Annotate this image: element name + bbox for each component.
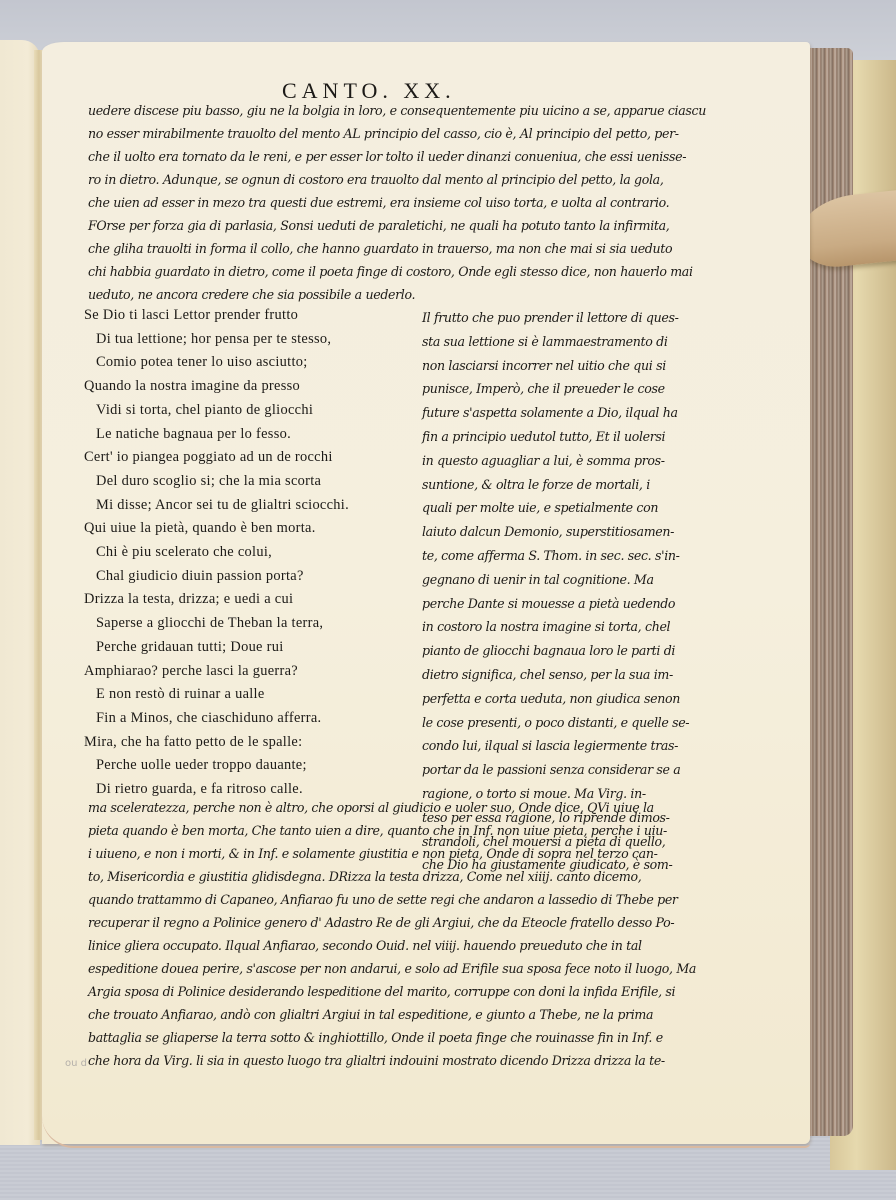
- verse-line: Cert' io piangea poggiato ad un de rocch…: [84, 446, 349, 470]
- prose-line: che il uolto era tornato da le reni, e p…: [88, 145, 706, 168]
- commentary-line: perche Dante si mouesse a pietà uedendo: [422, 592, 689, 616]
- prose-line: pieta quando è ben morta, Che tanto uien…: [88, 819, 696, 842]
- pencil-mark: ou d: [65, 1058, 87, 1069]
- commentary-line: sta sua lettione si è lammaestramento di: [422, 330, 689, 354]
- prose-line: to, Misericordia e giustitia glidisdegna…: [88, 865, 696, 888]
- prose-line: che trouato Anfiarao, andò con glialtri …: [88, 1003, 696, 1026]
- verse-line: Saperse a gliocchi de Theban la terra,: [84, 612, 349, 636]
- commentary-line: dietro significa, chel senso, per la sua…: [422, 663, 689, 687]
- prose-line: no esser mirabilmente trauolto del mento…: [88, 122, 706, 145]
- commentary-line: quali per molte uie, e spetialmente con: [422, 496, 689, 520]
- commentary-line: fin a principio uedutol tutto, Et il uol…: [422, 425, 689, 449]
- prose-line: che hora da Virg. li sia in questo luogo…: [88, 1049, 696, 1072]
- commentary-line: in questo aguagliar a lui, è somma pros-: [422, 449, 689, 473]
- commentary-line: in costoro la nostra imagine si torta, c…: [422, 615, 689, 639]
- prose-line: che gliha trauolti in forma il collo, ch…: [88, 237, 706, 260]
- commentary-line: gegnano di uenir in tal cognitione. Ma: [422, 568, 689, 592]
- verse-line: Drizza la testa, drizza; e uedi a cui: [84, 588, 349, 612]
- prose-line: che uien ad esser in mezo tra questi due…: [88, 191, 706, 214]
- prose-line: espeditione douea perire, s'ascose per n…: [88, 957, 696, 980]
- verse-line: Chal giudicio diuin passion porta?: [84, 565, 349, 589]
- prose-line: ro in dietro. Adunque, se ognun di costo…: [88, 168, 706, 191]
- commentary-line: non lasciarsi incorrer nel uitio che qui…: [422, 354, 689, 378]
- verse-block: Se Dio ti lasci Lettor prender frutto Di…: [84, 304, 349, 802]
- commentary-line: portar da le passioni senza considerar s…: [422, 758, 689, 782]
- prose-line: chi habbia guardato in dietro, come il p…: [88, 260, 706, 283]
- verse-line: Le natiche bagnaua per lo fesso.: [84, 423, 349, 447]
- verse-line: Fin a Minos, che ciaschiduno afferra.: [84, 707, 349, 731]
- verse-line: Qui uiue la pietà, quando è ben morta.: [84, 517, 349, 541]
- verse-line: Del duro scoglio si; che la mia scorta: [84, 470, 349, 494]
- verse-line: Amphiarao? perche lasci la guerra?: [84, 660, 349, 684]
- commentary-line: future s'aspetta solamente a Dio, ilqual…: [422, 401, 689, 425]
- commentary-line: condo lui, ilqual si lascia legiermente …: [422, 734, 689, 758]
- verse-line: Se Dio ti lasci Lettor prender frutto: [84, 304, 349, 328]
- verse-line: Vidi si torta, chel pianto de gliocchi: [84, 399, 349, 423]
- commentary-column: Il frutto che puo prender il lettore di …: [422, 306, 689, 877]
- commentary-line: suntione, & oltra le forze de mortali, i: [422, 473, 689, 497]
- commentary-line: punisce, Imperò, che il preueder le cose: [422, 377, 689, 401]
- prose-line: quando trattammo di Capaneo, Anfiarao fu…: [88, 888, 696, 911]
- commentary-line: perfetta e corta ueduta, non giudica sen…: [422, 687, 689, 711]
- verse-line: E non restò di ruinar a ualle: [84, 683, 349, 707]
- top-prose-block: uedere discese piu basso, giu ne la bolg…: [88, 99, 706, 306]
- prose-line: ueduto, ne ancora credere che sia possib…: [88, 283, 706, 306]
- prose-line: battaglia se gliaperse la terra sotto & …: [88, 1026, 696, 1049]
- commentary-line: Il frutto che puo prender il lettore di …: [422, 306, 689, 330]
- prose-line: i uiueno, e non i morti, & in Inf. e sol…: [88, 842, 696, 865]
- verse-line: Comio potea tener lo uiso asciutto;: [84, 351, 349, 375]
- commentary-line: laiuto dalcun Demonio, superstitiosamen-: [422, 520, 689, 544]
- commentary-line: pianto de gliocchi bagnaua loro le parti…: [422, 639, 689, 663]
- prose-line: uedere discese piu basso, giu ne la bolg…: [88, 99, 706, 122]
- verse-line: Di tua lettione; hor pensa per te stesso…: [84, 328, 349, 352]
- verse-line: Perche gridauan tutti; Doue rui: [84, 636, 349, 660]
- commentary-line: le cose presenti, o poco distanti, e que…: [422, 711, 689, 735]
- verse-line: Perche uolle ueder troppo dauante;: [84, 754, 349, 778]
- prose-line: Argia sposa di Polinice desiderando lesp…: [88, 980, 696, 1003]
- prose-line: FOrse per forza gia di parlasia, Sonsi u…: [88, 214, 706, 237]
- bottom-prose-block: ma sceleratezza, perche non è altro, che…: [88, 796, 696, 1072]
- prose-line: ma sceleratezza, perche non è altro, che…: [88, 796, 696, 819]
- verse-line: Mira, che ha fatto petto de le spalle:: [84, 731, 349, 755]
- verse-line: Mi disse; Ancor sei tu de glialtri scioc…: [84, 494, 349, 518]
- commentary-line: te, come afferma S. Thom. in sec. sec. s…: [422, 544, 689, 568]
- page-bottom-edge: [42, 1116, 810, 1148]
- prose-line: linice gliera occupato. Ilqual Anfiarao,…: [88, 934, 696, 957]
- verse-line: Quando la nostra imagine da presso: [84, 375, 349, 399]
- prose-line: recuperar il regno a Polinice genero d' …: [88, 911, 696, 934]
- verse-line: Chi è piu scelerato che colui,: [84, 541, 349, 565]
